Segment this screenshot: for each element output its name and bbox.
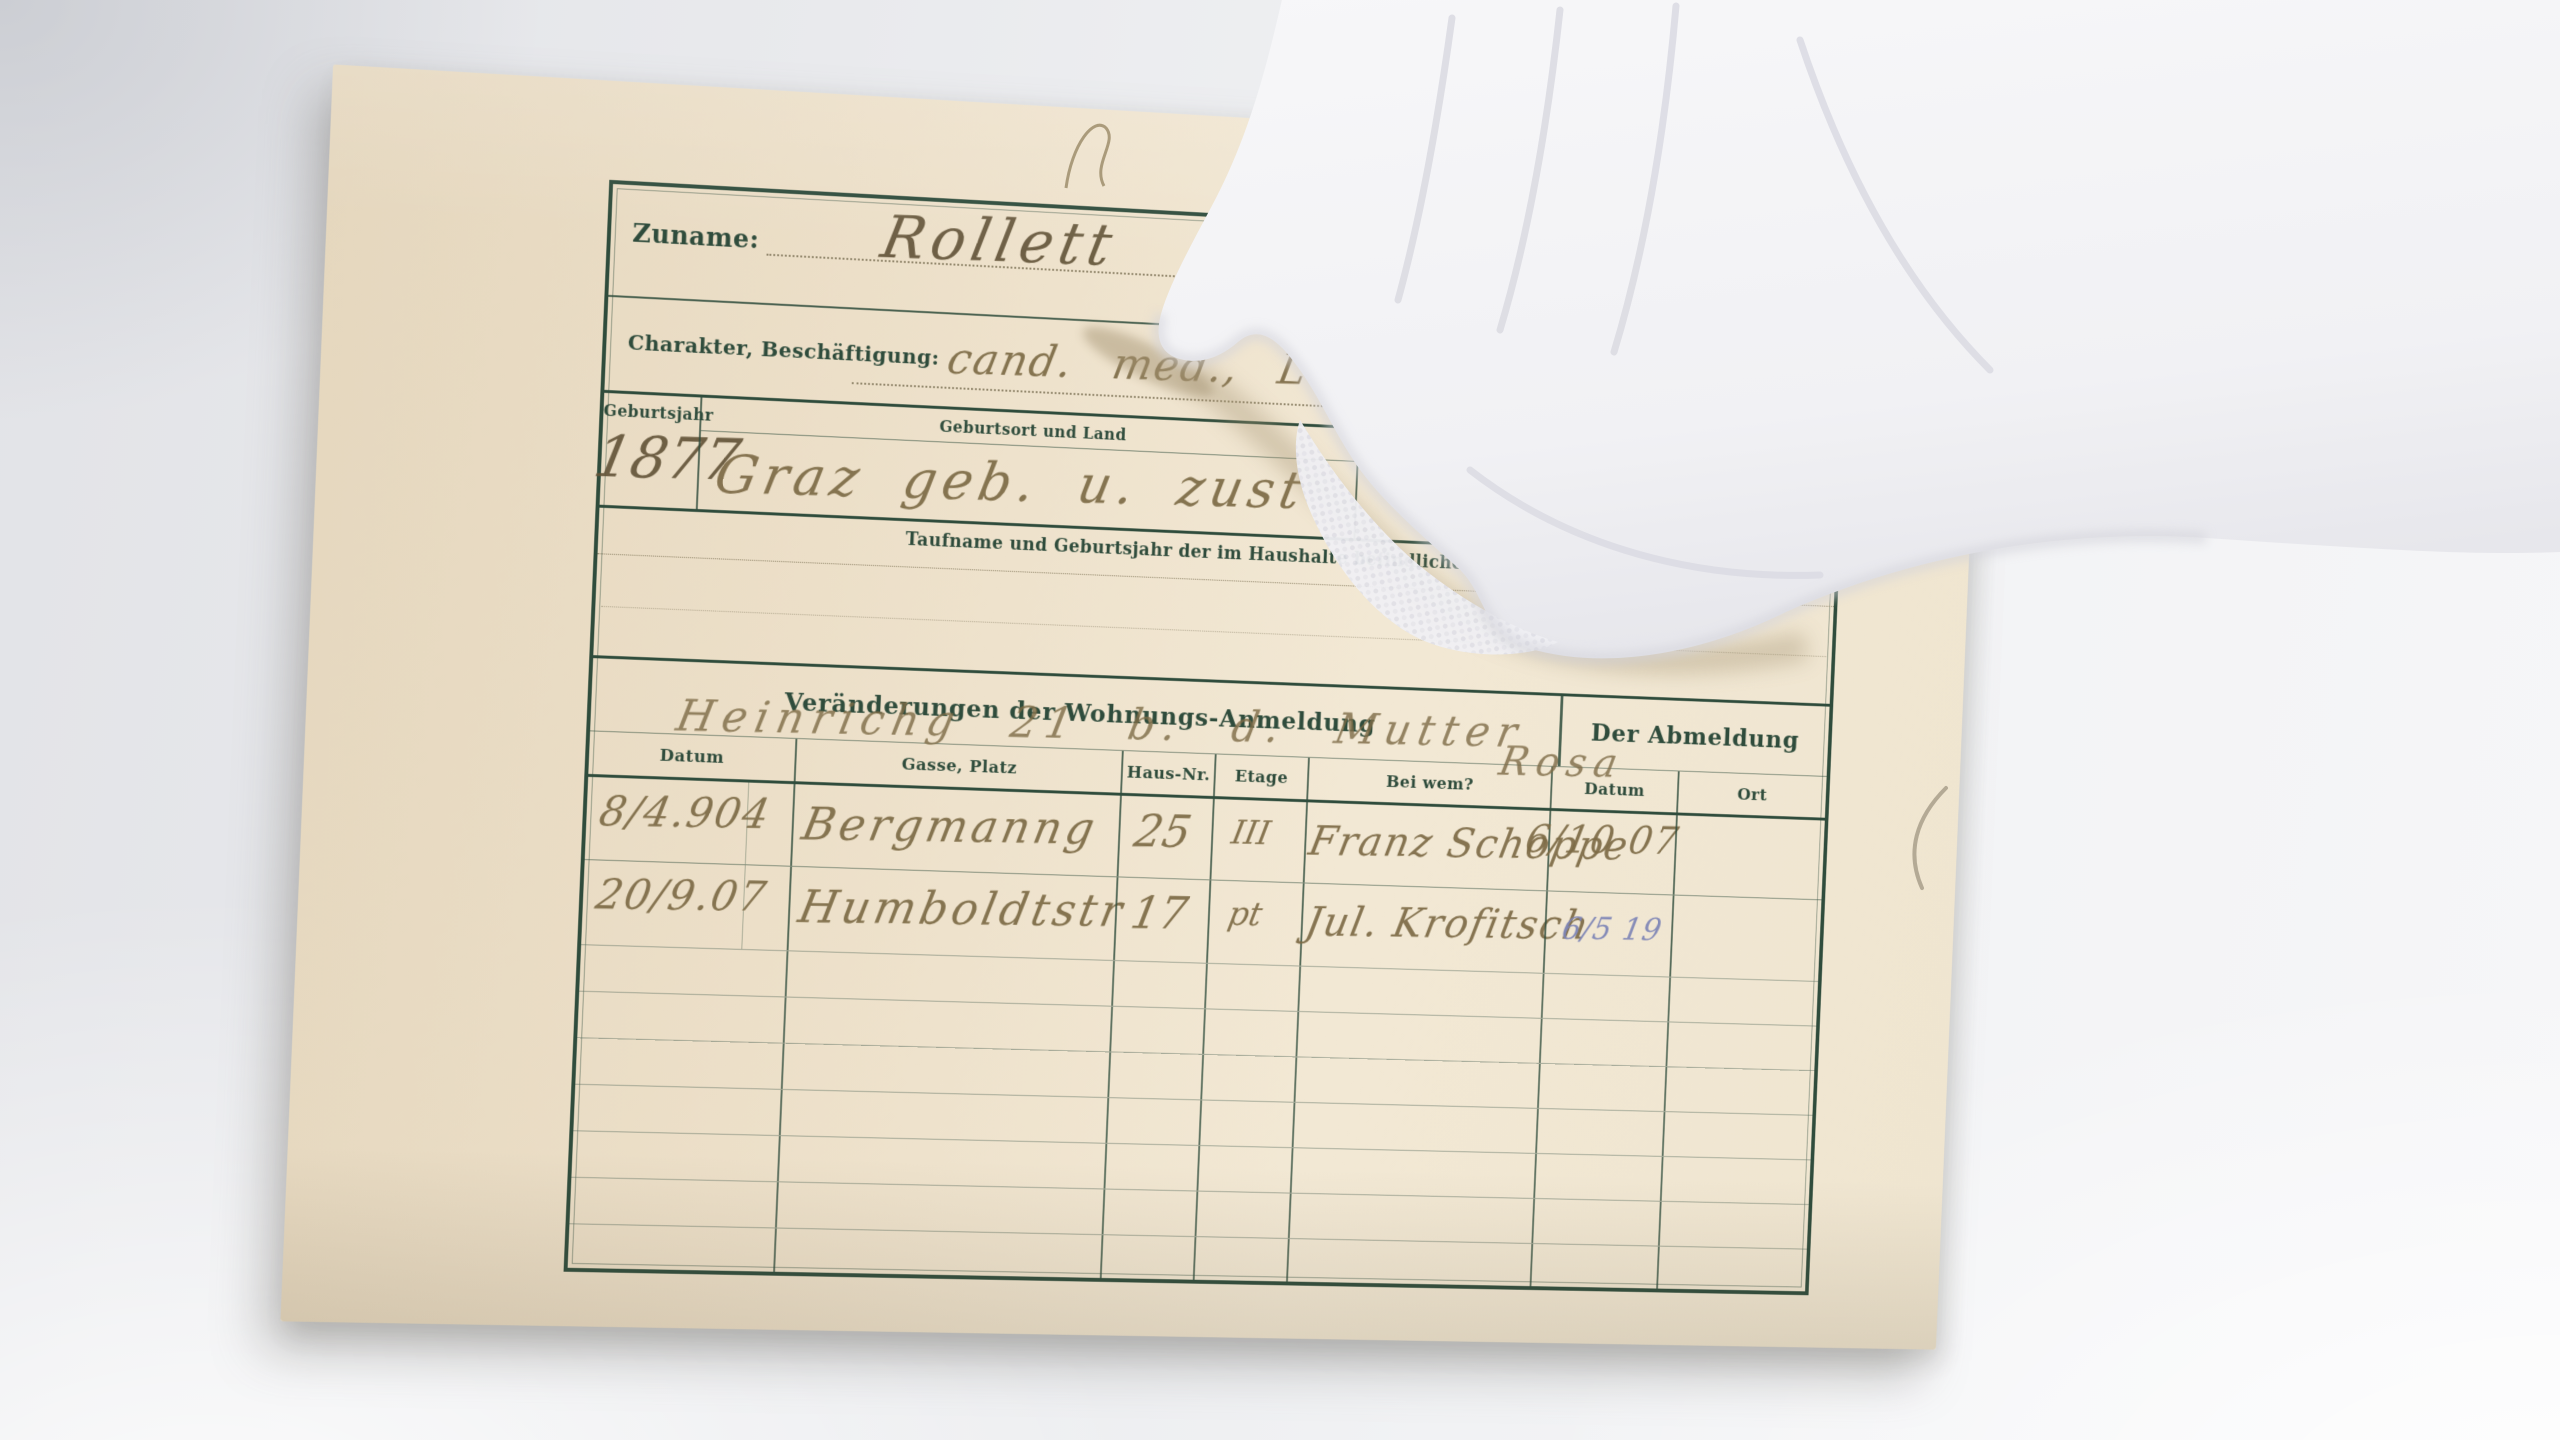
- entry1-beiwem: Franz Schoppe: [1302, 802, 1549, 890]
- stand-cell: Stand —: [1536, 438, 1840, 560]
- entry1-hausnr: 25: [1117, 796, 1213, 880]
- col-hausnr: Haus-Nr.: [1120, 751, 1215, 796]
- entry2-beiwem: Jul. Krofitsch: [1299, 883, 1546, 972]
- stand-handwriting: —: [1563, 492, 1608, 537]
- beschaeftigung-label: Charakter, Beschäftigung:: [627, 330, 940, 370]
- geburtsjahr-cell: Geburtsjahr 1877: [600, 393, 701, 509]
- entry2-abdatum: 6/5 19: [1543, 891, 1673, 976]
- photo-scene: Zuname:Rollett Taufname (Vorname):Oktavi…: [0, 0, 2560, 1440]
- col-ort: Ort: [1676, 771, 1827, 817]
- card-printed-table: Zuname:Rollett Taufname (Vorname):Oktavi…: [564, 180, 1853, 1295]
- geburtsjahr-label: Geburtsjahr: [603, 393, 700, 424]
- religion-handwriting: K.: [1417, 481, 1472, 534]
- entry1-ort: [1672, 815, 1824, 899]
- entry2-gasse: Humboldtstr: [786, 867, 1117, 960]
- geburtsort-handwriting: Graz geb. u. zust: [710, 443, 1312, 520]
- zuname-handwriting: Rollett: [876, 203, 1123, 279]
- entry1-etage: III: [1210, 799, 1306, 882]
- note-handwriting-line2: Rosa: [1495, 737, 1628, 786]
- taufname-ruled-line: Oktavia: [1422, 287, 1624, 318]
- entry2-ort: [1669, 895, 1821, 981]
- entry1-gasse: Bergmanng: [790, 784, 1121, 876]
- entry2-hausnr: 17: [1113, 877, 1210, 962]
- col-etage: Etage: [1213, 754, 1307, 799]
- taufname-handwriting: Oktavia: [1423, 260, 1677, 324]
- zuname-label: Zuname:: [632, 219, 760, 255]
- beschaeftigung-handwriting-line2: Ärztin: [1431, 405, 1582, 456]
- registration-card: Zuname:Rollett Taufname (Vorname):Oktavi…: [280, 64, 1985, 1349]
- entry1-abdatum: 6/10 07: [1546, 811, 1676, 895]
- zuname-ruled-line: Rollett: [766, 232, 1335, 286]
- entry1-datum: 8/4.904: [585, 777, 793, 866]
- entry2-etage: pt: [1206, 880, 1302, 965]
- entry2-datum: 20/9.07: [581, 860, 789, 950]
